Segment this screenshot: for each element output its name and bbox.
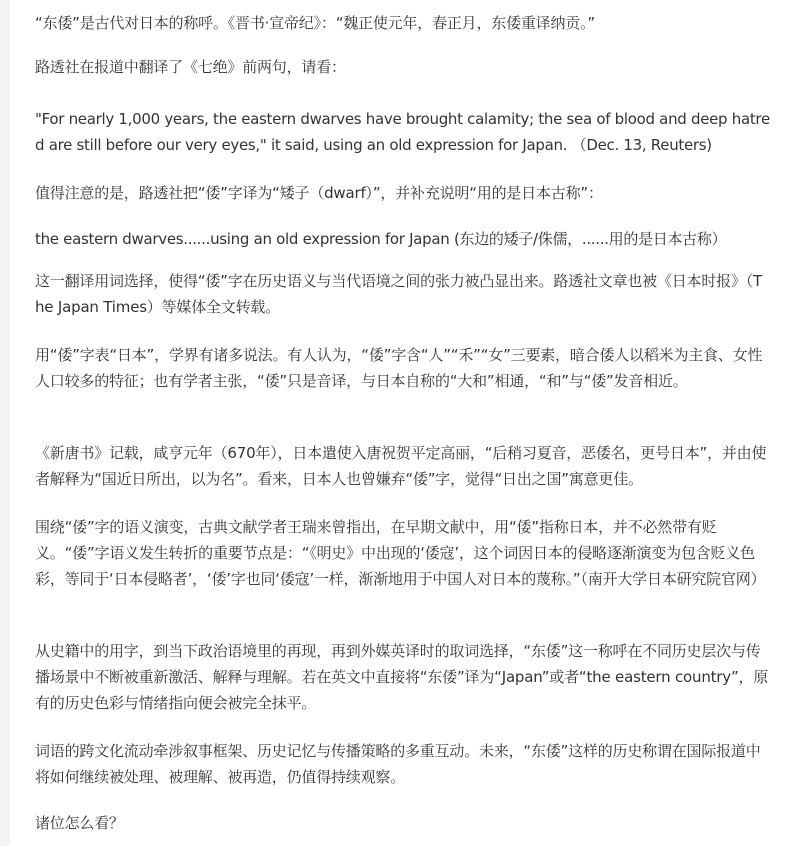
paragraph-reuters-intro: 路透社在报道中翻译了《七绝》前两句，请看： — [35, 54, 346, 80]
paragraph-semantic-evolution: 围绕“倭”字的语义演变，古典文献学者王瑞来曾指出，在早期文献中，用“倭”指称日本… — [35, 514, 770, 592]
paragraph-new-tang-book: 《新唐书》记载，咸亨元年（670年），日本遣使入唐祝贺平定高丽，“后稍习夏音，恶… — [35, 440, 770, 492]
left-margin-strip — [0, 0, 10, 846]
paragraph-historical-layers: 从史籍中的用字，到当下政治语境里的再现，再到外媒英译时的取词选择，“东倭”这一称… — [35, 638, 770, 716]
paragraph-scholarly-views: 用“倭”字表“日本”，学界有诸多说法。有人认为，“倭”字含“人”“禾”“女”三要… — [35, 342, 770, 394]
paragraph-translation-tension: 这一翻译用词选择，使得“倭”字在历史语义与当代语境之间的张力被凸显出来。路透社文… — [35, 268, 770, 320]
paragraph-cross-cultural: 词语的跨文化流动牵涉叙事框架、历史记忆与传播策略的多重互动。未来，“东倭”这样的… — [35, 738, 770, 790]
paragraph-eastern-dwarves: the eastern dwarves......using an old ex… — [35, 226, 726, 252]
paragraph-intro-dongwo: “东倭”是古代对日本的称呼。《晋书·宣帝纪》：“魏正使元年，春正月，东倭重译纳贡… — [35, 10, 595, 36]
paragraph-reuters-quote: "For nearly 1,000 years, the eastern dwa… — [35, 106, 770, 158]
paragraph-dwarf-translation: 值得注意的是，路透社把“倭”字译为“矮子（dwarf）”，并补充说明“用的是日本… — [35, 180, 603, 206]
paragraph-closing-question: 诸位怎么看？ — [35, 810, 124, 836]
